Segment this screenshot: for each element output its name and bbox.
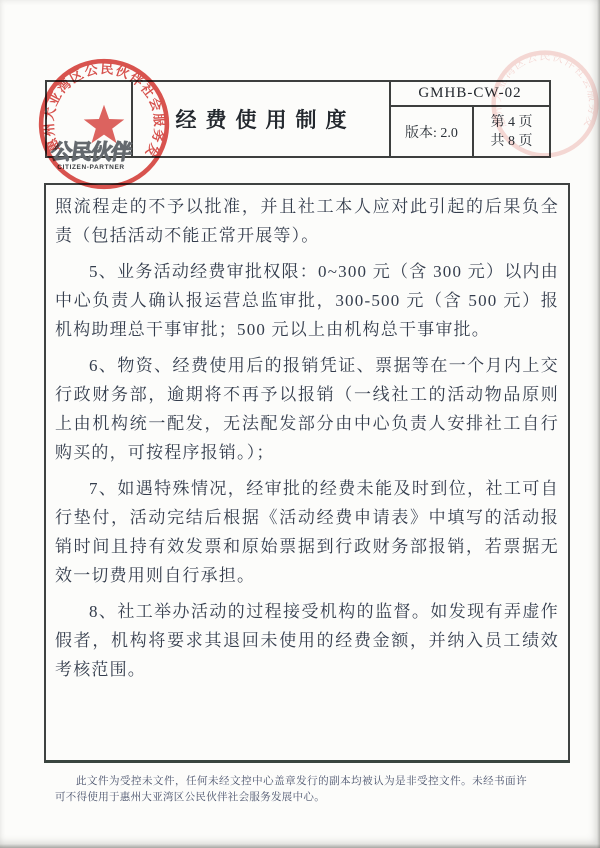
paragraph-continuation: 照流程走的不予以批准，并且社工本人应对此引起的后果负全责（包括活动不能正常开展等… [55, 192, 559, 250]
paragraph-item-7: 7、如遇特殊情况，经审批的经费未能及时到位，社工可自行垫付，活动完结后根据《活动… [55, 474, 559, 590]
svg-text:惠州大亚湾区公民伙伴社会服务发展中心: 惠州大亚湾区公民伙伴社会服务发展中心 [33, 52, 168, 162]
paragraph-item-6: 6、物资、经费使用后的报销凭证、票据等在一个月内上交行政财务部，逾期将不再予以报… [55, 351, 559, 467]
paragraph-item-8: 8、社工举办活动的过程接受机构的监督。如发现有弄虚作假者，机构将要求其退回未使用… [55, 597, 559, 684]
controlled-document-note: 此文件为受控未文件，任何未经文控中心盖章发行的副本均被认为是非受控文件。未经书面… [55, 774, 527, 806]
svg-text:惠州大亚湾区公民伙伴社会服务发展中心: 惠州大亚湾区公民伙伴社会服务发展中心 [483, 42, 600, 131]
document-title: 经费使用制度 [167, 104, 356, 134]
document-body: 照流程走的不予以批准，并且社工本人应对此引起的后果负全责（包括活动不能正常开展等… [44, 183, 570, 763]
seal-star-icon [84, 105, 125, 144]
official-seal-stamp: 惠州大亚湾区公民伙伴社会服务发展中心 [33, 52, 175, 194]
seal-ring-text: 惠州大亚湾区公民伙伴社会服务发展中心 [33, 52, 168, 162]
paragraph-item-5: 5、业务活动经费审批权限：0~300 元（含 300 元）以内由中心负责人确认报… [55, 257, 559, 344]
faint-seal-stamp: 惠州大亚湾区公民伙伴社会服务发展中心 [483, 42, 600, 166]
document-page: 惠州大亚湾区公民伙伴社会服务发展中心 经费使用制度 GMHB-CW-02 版本:… [0, 0, 600, 848]
version-label: 版本: 2.0 [391, 107, 472, 156]
faint-seal-text: 惠州大亚湾区公民伙伴社会服务发展中心 [483, 42, 600, 131]
